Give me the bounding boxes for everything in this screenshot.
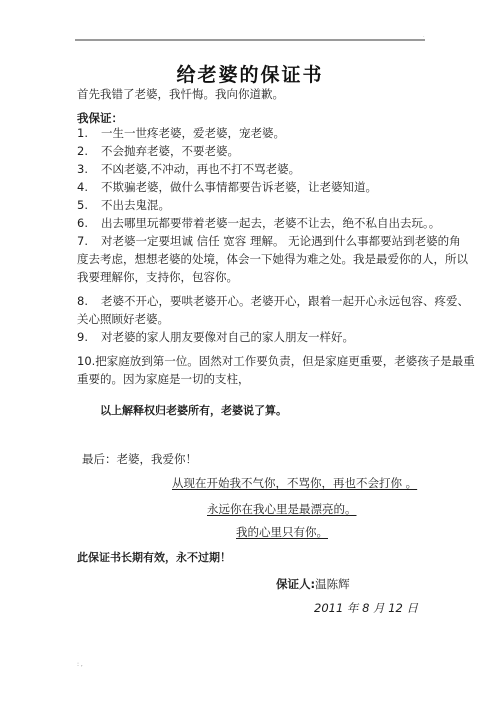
document-page: . 给老婆的保证书 首先我错了老婆，我忏悔。我向你道歉。 我保证： 1.一生一世… bbox=[0, 0, 500, 708]
item-text: 把家庭放到第一位。固然对工作要负责，但是家庭更重要，老婆孩子是最重 bbox=[95, 354, 475, 368]
pledge-item-7: 7.对老婆一定要坦诚 信任 宽容 理解。 无论遇到什么事都要站到老婆的角 bbox=[77, 234, 461, 248]
pledge-heading: 我保证： bbox=[77, 111, 123, 125]
item-number: 4. bbox=[77, 180, 101, 194]
validity-statement: 此保证书长期有效，永不过期！ bbox=[77, 551, 231, 565]
pledge-item-2: 2.不会抛弃老婆，不要老婆。 bbox=[77, 144, 239, 158]
pledge-item-10-cont-1: 重要的。因为家庭是一切的支柱， bbox=[77, 372, 250, 386]
item-number: 3. bbox=[77, 162, 101, 176]
pledge-item-8: 8.老婆不开心，要哄老婆开心。老婆开心，跟着一起开心永远包容、疼爱、 bbox=[77, 294, 469, 308]
item-number: 9. bbox=[77, 330, 101, 344]
item-text: 老婆不开心，要哄老婆开心。老婆开心，跟着一起开心永远包容、疼爱、 bbox=[101, 294, 469, 308]
guarantor-line: 保证人:温陈辉 bbox=[276, 577, 350, 591]
closing-line: 最后：老婆，我爱你！ bbox=[82, 452, 197, 466]
footer-mark: : , bbox=[77, 661, 83, 668]
item-number: 10. bbox=[77, 354, 95, 368]
item-text: 不凶老婆,不冲动，再也不打不骂老婆。 bbox=[101, 162, 300, 176]
guarantor-label: 保证人: bbox=[276, 577, 315, 591]
item-text: 对老婆一定要坦诚 信任 宽容 理解。 无论遇到什么事都要站到老婆的角 bbox=[101, 234, 461, 248]
pledge-item-9: 9.对老婆的家人朋友要像对自己的家人朋友一样好。 bbox=[77, 330, 354, 344]
pledge-item-7-cont-2: 我要理解你，支持你，包容你。 bbox=[77, 270, 238, 284]
guarantor-name: 温陈辉 bbox=[315, 577, 350, 591]
item-number: 2. bbox=[77, 144, 101, 158]
item-text: 不出去鬼混。 bbox=[101, 198, 170, 212]
pledge-item-5: 5.不出去鬼混。 bbox=[77, 198, 170, 212]
item-text: 出去哪里玩都要带着老婆一起去，老婆不让去，绝不私自出去玩。。 bbox=[101, 216, 440, 230]
pledge-item-3: 3.不凶老婆,不冲动，再也不打不骂老婆。 bbox=[77, 162, 300, 176]
item-number: 7. bbox=[77, 234, 101, 248]
item-number: 5. bbox=[77, 198, 101, 212]
signature-date: 2011 年 8 月 12 日 bbox=[314, 601, 418, 615]
header-rule bbox=[75, 39, 425, 41]
item-text: 不欺骗老婆，做什么事情都要告诉老婆，让老婆知道。 bbox=[101, 180, 377, 194]
document-title: 给老婆的保证书 bbox=[0, 60, 500, 87]
opening-line: 首先我错了老婆，我忏悔。我向你道歉。 bbox=[77, 87, 284, 101]
pledge-item-4: 4.不欺骗老婆，做什么事情都要告诉老婆，让老婆知道。 bbox=[77, 180, 377, 194]
item-number: 1. bbox=[77, 126, 101, 140]
pledge-item-6: 6.出去哪里玩都要带着老婆一起去，老婆不让去，绝不私自出去玩。。 bbox=[77, 216, 440, 230]
pledge-item-1: 1.一生一世疼老婆，爱老婆，宠老婆。 bbox=[77, 126, 285, 140]
item-text: 不会抛弃老婆，不要老婆。 bbox=[101, 144, 239, 158]
pledge-item-10: 10.把家庭放到第一位。固然对工作要负责，但是家庭更重要，老婆孩子是最重 bbox=[77, 354, 475, 368]
item-text: 对老婆的家人朋友要像对自己的家人朋友一样好。 bbox=[101, 330, 354, 344]
header-mark: . bbox=[423, 33, 425, 39]
item-number: 8. bbox=[77, 294, 101, 308]
promise-line-3: 我的心里只有你。 bbox=[236, 525, 328, 539]
promise-line-2: 永远你在我心里是最漂亮的。 bbox=[207, 502, 357, 516]
item-text: 一生一世疼老婆，爱老婆，宠老婆。 bbox=[101, 126, 285, 140]
item-number: 6. bbox=[77, 216, 101, 230]
pledge-item-7-cont-1: 度去考虑，想想老婆的处境，体会一下她得为难之处。我是最爱你的人，所以 bbox=[77, 252, 468, 266]
interpretation-note: 以上解释权归老婆所有，老婆说了算。 bbox=[100, 404, 287, 418]
pledge-item-8-cont-1: 关心照顾好老婆。 bbox=[77, 312, 169, 326]
promise-line-1: 从现在开始我不气你，不骂你，再也不会打你 。 bbox=[172, 476, 417, 490]
